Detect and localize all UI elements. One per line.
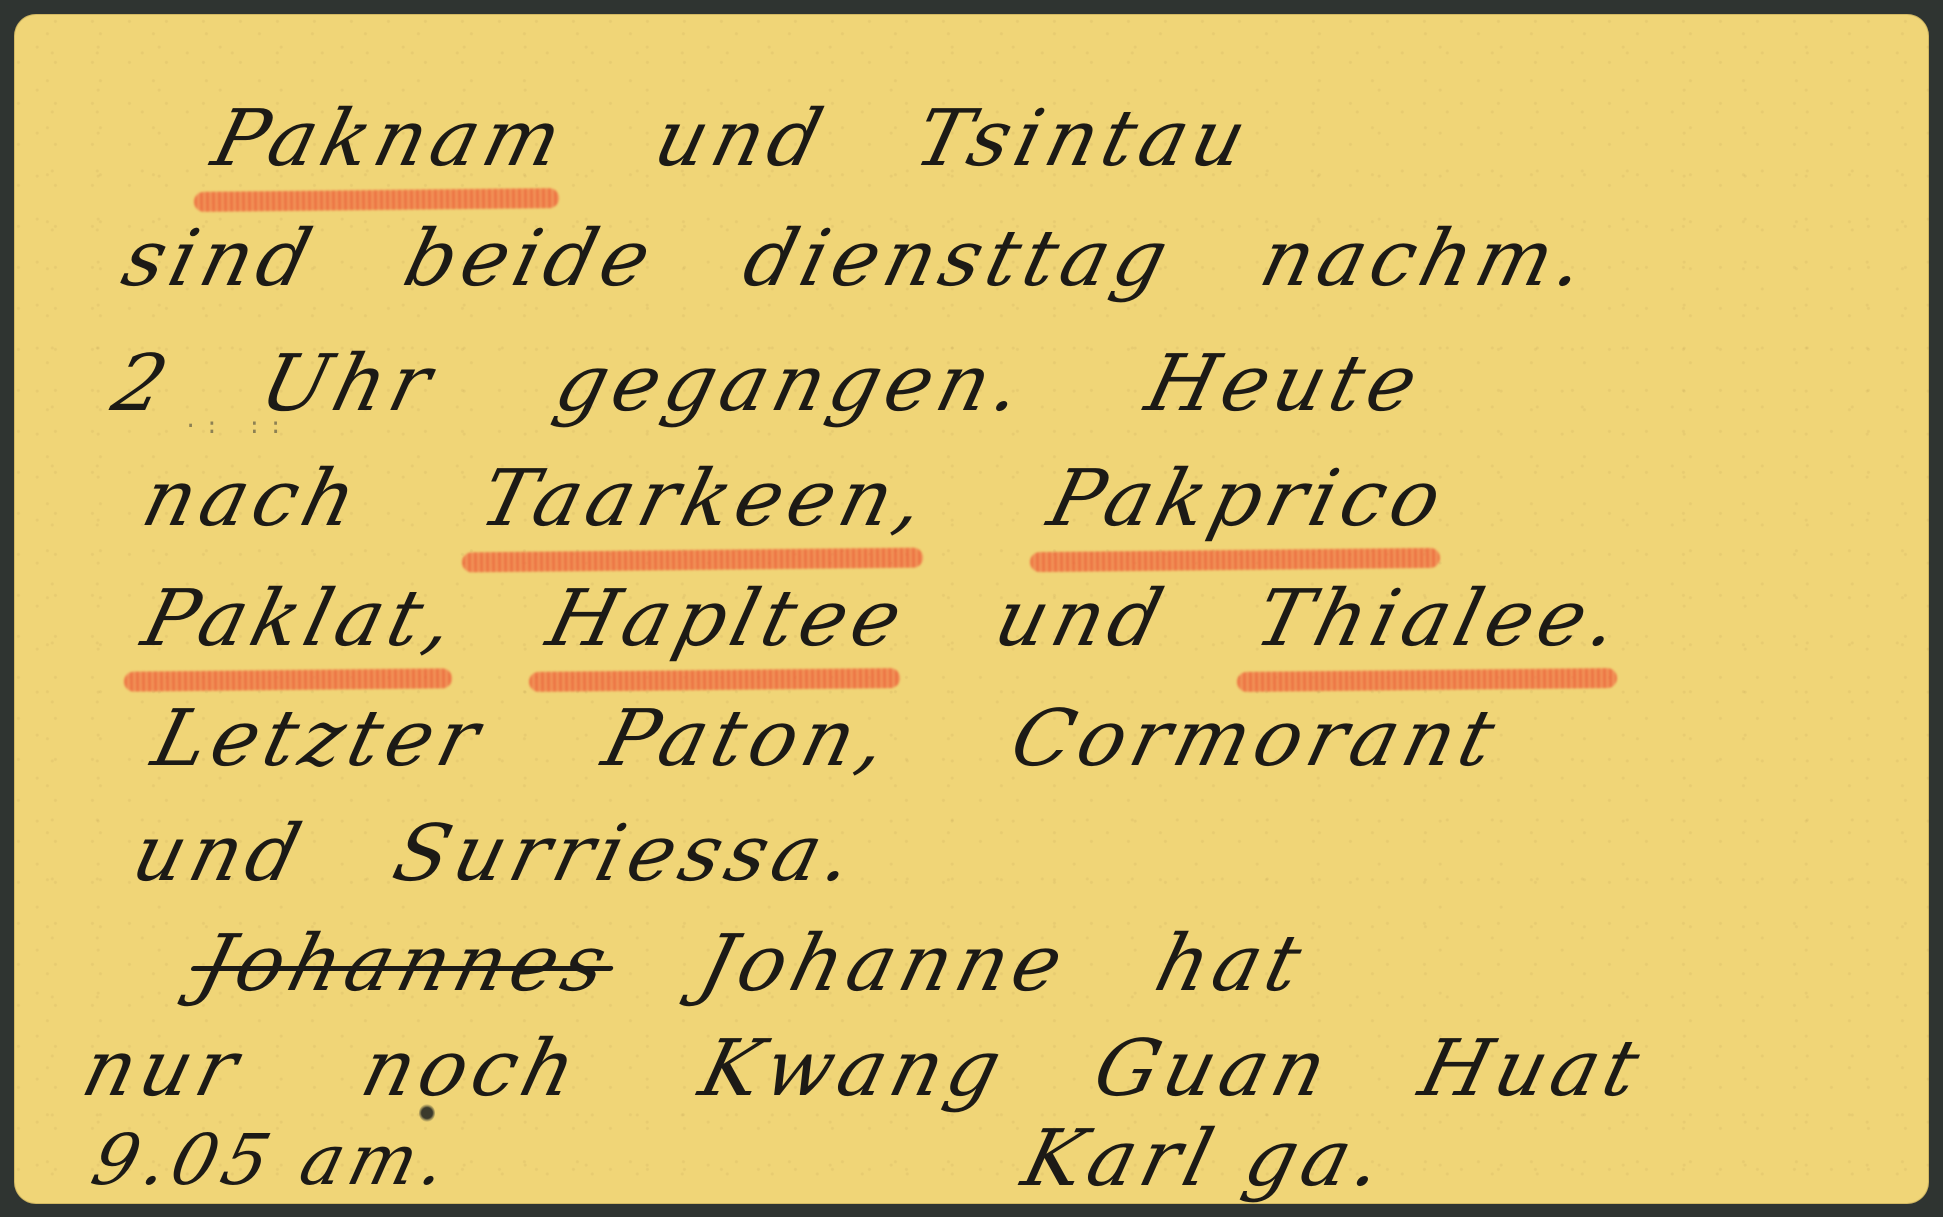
text-line-4: nach Taarkeen, Pakprico <box>134 454 1456 544</box>
word: und <box>986 574 1177 664</box>
word-cormorant: Cormorant <box>1002 694 1509 784</box>
faint-stamp-mark: ·: :: <box>184 414 290 439</box>
word: nur <box>74 1024 252 1114</box>
word-thialee: Thialee. <box>1247 574 1633 664</box>
text-line-3: 2 Uhr gegangen. Heute <box>104 339 1432 429</box>
word-huat: Huat <box>1411 1024 1654 1114</box>
word: und <box>646 94 837 184</box>
time-note: 9.05 am. <box>84 1119 461 1201</box>
text-line-2: sind beide diensttag nachm. <box>114 214 1600 304</box>
word-paknam: Paknam <box>204 94 576 184</box>
struck-word-johannes: Johannes <box>189 919 621 1009</box>
text-line-7: und Surriessa. <box>124 809 868 899</box>
word-kwang: Kwang <box>691 1024 1015 1114</box>
word: diensttag <box>735 214 1182 304</box>
word-pakprico: Pakprico <box>1040 454 1456 544</box>
word-surriessa: Surriessa. <box>385 809 868 899</box>
text-line-9: nur noch Kwang Guan Huat <box>74 1024 1654 1114</box>
signature: Karl ga. <box>1014 1114 1397 1204</box>
word: hat <box>1147 919 1316 1009</box>
text-line-1: Paknam und Tsintau <box>204 94 1261 184</box>
word: nachm. <box>1252 214 1600 304</box>
word: Letzter <box>144 694 494 784</box>
word: nach <box>134 454 371 544</box>
ink-spot <box>419 1104 435 1122</box>
word-guan: Guan <box>1085 1024 1341 1114</box>
postcard: Paknam und Tsintau sind beide diensttag … <box>14 14 1929 1204</box>
word: gegangen. <box>546 339 1036 429</box>
word-taarkeen: Taarkeen, <box>472 454 939 544</box>
word: beide <box>396 214 666 304</box>
word-tsintau: Tsintau <box>907 94 1261 184</box>
word-hapltee: Hapltee <box>539 574 917 664</box>
word-johanne: Johanne <box>691 919 1077 1009</box>
text-line-8: Johannes Johanne hat <box>189 919 1316 1009</box>
word-paton: Paton, <box>594 694 901 784</box>
word: Heute <box>1138 339 1432 429</box>
word: und <box>124 809 315 899</box>
text-line-5: Paklat, Hapltee und Thialee. <box>134 574 1633 664</box>
word: sind <box>114 214 326 304</box>
word: 2 <box>104 339 182 429</box>
word: noch <box>353 1024 591 1114</box>
text-line-6: Letzter Paton, Cormorant <box>144 694 1509 784</box>
word-paklat: Paklat, <box>134 574 469 664</box>
